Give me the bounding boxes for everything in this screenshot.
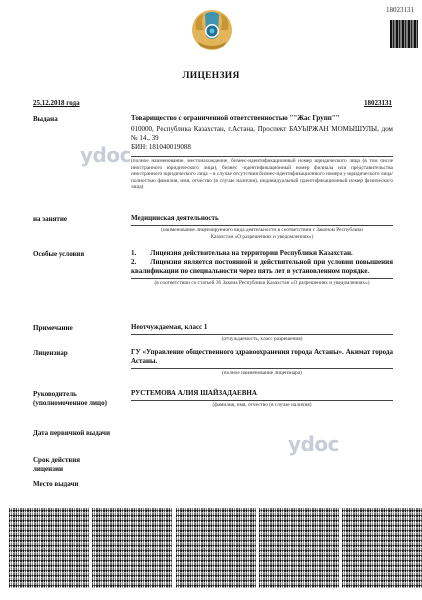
document-title: ЛИЦЕНЗИЯ bbox=[0, 71, 422, 81]
licensee-address: 010000, Республика Казахстан, г.Астана, … bbox=[131, 125, 393, 143]
note-caption: (отчуждаемость, класс разрешения) bbox=[131, 334, 393, 343]
activity-section: Медицинская деятельность (наименование л… bbox=[131, 214, 393, 240]
2d-barcode-icon bbox=[176, 508, 256, 588]
kazakhstan-state-emblem-icon bbox=[190, 8, 234, 52]
conditions-label: Особые условия bbox=[33, 250, 84, 259]
activity-value: Медицинская деятельность bbox=[131, 214, 393, 225]
2d-barcode-icon bbox=[9, 508, 89, 588]
watermark-ydoc: ydoc bbox=[80, 143, 131, 167]
first-issue-label: Дата первичной выдачи bbox=[33, 429, 110, 438]
head-caption: (фамилия, имя, отчество (в случае наличи… bbox=[131, 400, 393, 409]
qr-code-icon bbox=[390, 20, 418, 48]
activity-label: на занятие bbox=[33, 215, 67, 224]
issued-caption: (полное наименование, местонахождение, б… bbox=[131, 156, 393, 191]
issue-date: 25.12.2018 года bbox=[33, 99, 80, 107]
licensee-name: Товарищество с ограниченной ответственно… bbox=[131, 114, 393, 123]
condition-item-2: 2. Лицензия является постоянной и действ… bbox=[131, 258, 393, 276]
licensor-caption: (полное наименование лицензиара) bbox=[131, 368, 393, 377]
license-number: 18023131 bbox=[364, 99, 392, 107]
document-number-top: 18023131 bbox=[386, 6, 414, 14]
2d-barcode-icon bbox=[92, 508, 172, 588]
licensor-label: Лицензиар bbox=[33, 349, 68, 358]
condition-item-1: 1. Лицензия действительна на территории … bbox=[131, 249, 393, 258]
2d-barcode-icon bbox=[259, 508, 339, 588]
validity-label: Срок действия лицензии bbox=[33, 456, 80, 474]
licensee-bin: БИН: 181040019088 bbox=[131, 143, 393, 152]
validity-label-line2: лицензии bbox=[33, 465, 80, 474]
issued-section: Товарищество с ограниченной ответственно… bbox=[131, 114, 393, 191]
licensor-section: ГУ «Управление общественного здравоохран… bbox=[131, 348, 393, 377]
head-section: РУСТЕМОВА АЛИЯ ШАЙЗАДАЕВНА (фамилия, имя… bbox=[131, 389, 393, 409]
conditions-caption: (в соответствии со статьей 36 Закона Рес… bbox=[131, 278, 393, 287]
note-value: Неотчуждаемая, класс 1 bbox=[131, 323, 393, 334]
validity-label-line1: Срок действия bbox=[33, 456, 80, 465]
head-value: РУСТЕМОВА АЛИЯ ШАЙЗАДАЕВНА bbox=[131, 389, 393, 400]
issued-label: Выдана bbox=[33, 115, 58, 124]
activity-caption: (наименование лицензируемого вида деятел… bbox=[131, 225, 393, 240]
head-label-line1: Руководитель bbox=[33, 390, 107, 399]
conditions-section: 1. Лицензия действительна на территории … bbox=[131, 249, 393, 287]
note-section: Неотчуждаемая, класс 1 (отчуждаемость, к… bbox=[131, 323, 393, 343]
licensor-value: ГУ «Управление общественного здравоохран… bbox=[131, 348, 393, 368]
watermark-ydoc: ydoc bbox=[288, 432, 339, 456]
head-label-line2: (уполномоченное лицо) bbox=[33, 399, 107, 408]
place-label: Место выдачи bbox=[33, 480, 78, 489]
2d-barcode-icon bbox=[342, 508, 422, 588]
note-label: Примечание bbox=[33, 324, 73, 333]
head-label: Руководитель (уполномоченное лицо) bbox=[33, 390, 107, 408]
